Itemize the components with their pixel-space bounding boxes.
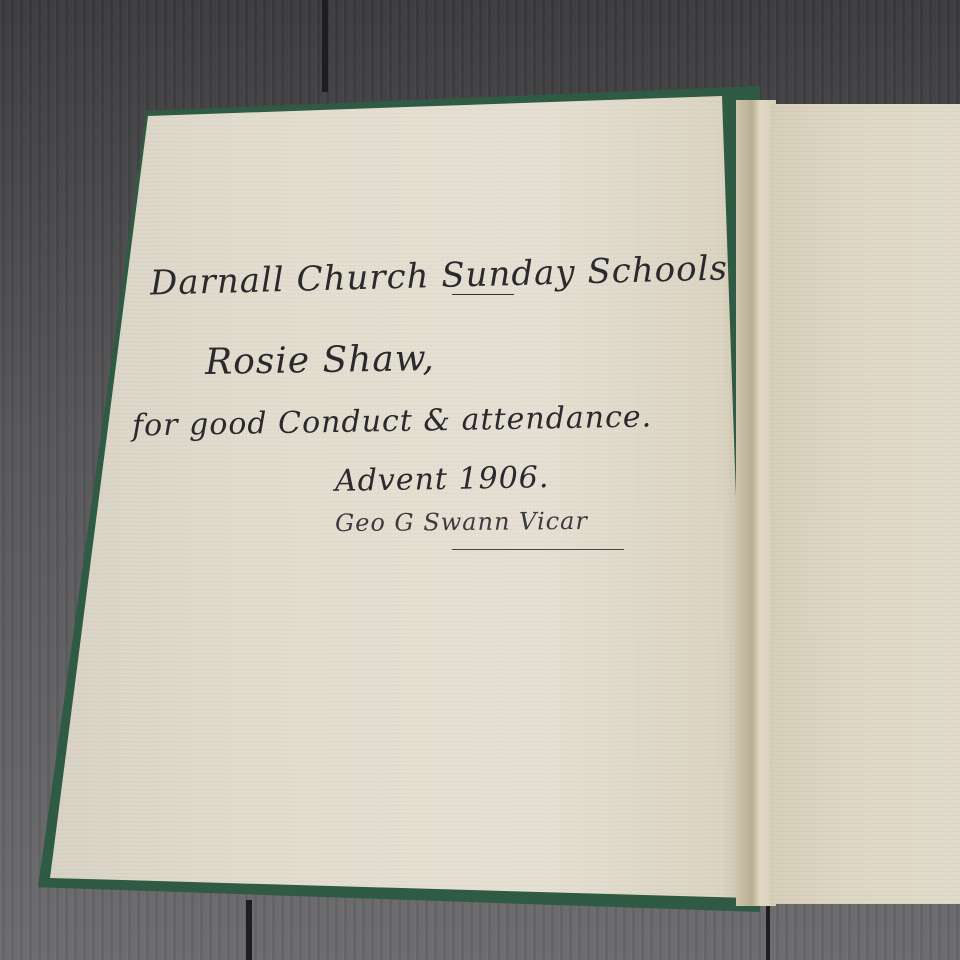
underline <box>452 294 514 295</box>
plank-gap <box>766 900 770 960</box>
inscription-date: Advent 1906. <box>335 460 550 499</box>
inscription-signature: Geo G Swann Vicar <box>335 507 588 537</box>
plank-gap <box>322 0 328 92</box>
signature-underline <box>452 549 624 550</box>
inscription-recipient: Rosie Shaw, <box>205 338 435 383</box>
plank-gap <box>246 900 252 960</box>
endpaper-right <box>770 104 960 904</box>
